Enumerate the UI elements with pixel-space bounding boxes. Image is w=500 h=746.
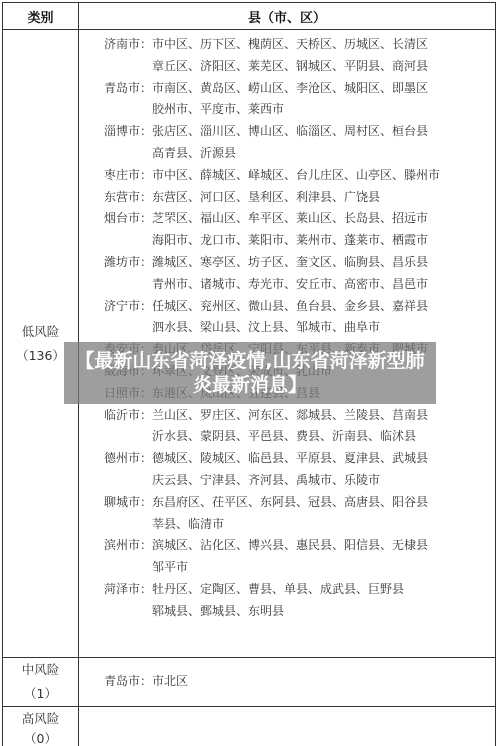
district-list: 高青县、沂源县 bbox=[152, 143, 495, 165]
category-count: （0） bbox=[3, 729, 78, 746]
category-label: 中风险 bbox=[3, 658, 78, 682]
city-entry: 章丘区、济阳区、莱芜区、钢城区、平阴县、商河县 bbox=[79, 56, 495, 78]
city-name: 青岛市： bbox=[79, 78, 152, 100]
city-name bbox=[79, 143, 152, 165]
category-cell-medium-risk: 中风险 （1） bbox=[3, 658, 79, 707]
city-entry: 聊城市：东昌府区、茌平区、东阿县、冠县、高唐县、阳谷县 bbox=[79, 492, 495, 514]
city-name bbox=[79, 99, 152, 121]
city-entry: 济南市：市中区、历下区、槐荫区、天桥区、历城区、长清区 bbox=[79, 34, 495, 56]
header-areas: 县（市、区） bbox=[79, 3, 496, 30]
city-entry: 济宁市：任城区、兖州区、微山县、鱼台县、金乡县、嘉祥县 bbox=[79, 296, 495, 318]
table-row-medium-risk: 中风险 （1） 青岛市： 市北区 bbox=[3, 658, 496, 707]
district-list: 邹平市 bbox=[152, 557, 495, 579]
district-list: 芝罘区、福山区、牟平区、莱山区、长岛县、招远市 bbox=[152, 208, 495, 230]
city-entry: 青岛市： 市北区 bbox=[79, 671, 495, 693]
district-list: 郓城县、鄄城县、东明县 bbox=[152, 601, 495, 623]
category-label: 低风险 bbox=[3, 320, 78, 344]
district-list: 市北区 bbox=[152, 671, 495, 693]
district-list: 东营区、河口区、垦利区、利津县、广饶县 bbox=[152, 187, 495, 209]
city-name: 滨州市： bbox=[79, 535, 152, 557]
city-name bbox=[79, 601, 152, 623]
category-cell-high-risk: 高风险 （0） bbox=[3, 707, 79, 746]
district-list: 青州市、诸城市、寿光市、安丘市、高密市、昌邑市 bbox=[152, 274, 495, 296]
city-name: 烟台市： bbox=[79, 208, 152, 230]
city-entry: 庆云县、宁津县、齐河县、禹城市、乐陵市 bbox=[79, 470, 495, 492]
city-entry: 胶州市、平度市、莱西市 bbox=[79, 99, 495, 121]
city-name bbox=[79, 56, 152, 78]
district-list: 市中区、历下区、槐荫区、天桥区、历城区、长清区 bbox=[152, 34, 495, 56]
city-entry: 泗水县、梁山县、汶上县、邹城市、曲阜市 bbox=[79, 317, 495, 339]
header-category: 类别 bbox=[3, 3, 79, 30]
district-list: 张店区、淄川区、博山区、临淄区、周村区、桓台县 bbox=[152, 121, 495, 143]
city-name: 枣庄市： bbox=[79, 165, 152, 187]
city-entry: 邹平市 bbox=[79, 557, 495, 579]
city-entry: 潍坊市：潍城区、寒亭区、坊子区、奎文区、临朐县、昌乐县 bbox=[79, 252, 495, 274]
city-entry: 菏泽市：牡丹区、定陶区、曹县、单县、成武县、巨野县 bbox=[79, 579, 495, 601]
district-list: 章丘区、济阳区、莱芜区、钢城区、平阴县、商河县 bbox=[152, 56, 495, 78]
district-list: 潍城区、寒亭区、坊子区、奎文区、临朐县、昌乐县 bbox=[152, 252, 495, 274]
city-entry: 德州市：德城区、陵城区、临邑县、平原县、夏津县、武城县 bbox=[79, 448, 495, 470]
district-list: 任城区、兖州区、微山县、鱼台县、金乡县、嘉祥县 bbox=[152, 296, 495, 318]
city-entry: 东营市：东营区、河口区、垦利区、利津县、广饶县 bbox=[79, 187, 495, 209]
city-entry: 青岛市：市南区、黄岛区、崂山区、李沧区、城阳区、即墨区 bbox=[79, 78, 495, 100]
news-title: 【最新山东省菏泽疫情,山东省菏泽新型肺炎最新消息】 bbox=[70, 349, 430, 397]
district-list: 东昌府区、茌平区、东阿县、冠县、高唐县、阳谷县 bbox=[152, 492, 495, 514]
city-name: 聊城市： bbox=[79, 492, 152, 514]
city-name bbox=[79, 274, 152, 296]
areas-cell-medium-risk: 青岛市： 市北区 bbox=[79, 658, 496, 707]
district-list: 德城区、陵城区、临邑县、平原县、夏津县、武城县 bbox=[152, 448, 495, 470]
city-name: 济南市： bbox=[79, 34, 152, 56]
city-entry: 滨州市：滨城区、沾化区、博兴县、惠民县、阳信县、无棣县 bbox=[79, 535, 495, 557]
district-list: 兰山区、罗庄区、河东区、郯城县、兰陵县、莒南县 bbox=[152, 405, 495, 427]
city-entry: 临沂市：兰山区、罗庄区、河东区、郯城县、兰陵县、莒南县 bbox=[79, 405, 495, 427]
table-row-high-risk: 高风险 （0） bbox=[3, 707, 496, 746]
district-list: 沂水县、蒙阴县、平邑县、费县、沂南县、临沭县 bbox=[152, 426, 495, 448]
district-list: 滨城区、沾化区、博兴县、惠民县、阳信县、无棣县 bbox=[152, 535, 495, 557]
district-list: 海阳市、龙口市、莱阳市、莱州市、蓬莱市、栖霞市 bbox=[152, 230, 495, 252]
city-name bbox=[79, 514, 152, 536]
district-list: 市中区、薛城区、峄城区、台儿庄区、山亭区、滕州市 bbox=[152, 165, 495, 187]
district-list: 牡丹区、定陶区、曹县、单县、成武县、巨野县 bbox=[152, 579, 495, 601]
city-name: 东营市： bbox=[79, 187, 152, 209]
city-name: 潍坊市： bbox=[79, 252, 152, 274]
city-name bbox=[79, 426, 152, 448]
city-entry: 莘县、临清市 bbox=[79, 514, 495, 536]
city-entry: 沂水县、蒙阴县、平邑县、费县、沂南县、临沭县 bbox=[79, 426, 495, 448]
city-name bbox=[79, 230, 152, 252]
city-name: 临沂市： bbox=[79, 405, 152, 427]
district-list: 泗水县、梁山县、汶上县、邹城市、曲阜市 bbox=[152, 317, 495, 339]
district-list: 庆云县、宁津县、齐河县、禹城市、乐陵市 bbox=[152, 470, 495, 492]
city-entry: 淄博市：张店区、淄川区、博山区、临淄区、周村区、桓台县 bbox=[79, 121, 495, 143]
city-name bbox=[79, 557, 152, 579]
district-list: 胶州市、平度市、莱西市 bbox=[152, 99, 495, 121]
category-label: 高风险 bbox=[3, 709, 78, 729]
table-header-row: 类别 县（市、区） bbox=[3, 3, 496, 30]
city-entry: 郓城县、鄄城县、东明县 bbox=[79, 601, 495, 623]
district-list: 莘县、临清市 bbox=[152, 514, 495, 536]
city-name: 青岛市： bbox=[79, 671, 152, 693]
city-name: 菏泽市： bbox=[79, 579, 152, 601]
district-list: 市南区、黄岛区、崂山区、李沧区、城阳区、即墨区 bbox=[152, 78, 495, 100]
city-entry: 枣庄市：市中区、薛城区、峄城区、台儿庄区、山亭区、滕州市 bbox=[79, 165, 495, 187]
city-entry: 青州市、诸城市、寿光市、安丘市、高密市、昌邑市 bbox=[79, 274, 495, 296]
city-name bbox=[79, 470, 152, 492]
city-entry: 高青县、沂源县 bbox=[79, 143, 495, 165]
city-name: 济宁市： bbox=[79, 296, 152, 318]
city-entry: 烟台市：芝罘区、福山区、牟平区、莱山区、长岛县、招远市 bbox=[79, 208, 495, 230]
areas-cell-high-risk bbox=[79, 707, 496, 746]
category-count: （1） bbox=[3, 682, 78, 706]
city-name: 德州市： bbox=[79, 448, 152, 470]
city-name: 淄博市： bbox=[79, 121, 152, 143]
city-name bbox=[79, 317, 152, 339]
news-title-overlay: 【最新山东省菏泽疫情,山东省菏泽新型肺炎最新消息】 bbox=[64, 342, 436, 404]
city-entry: 海阳市、龙口市、莱阳市、莱州市、蓬莱市、栖霞市 bbox=[79, 230, 495, 252]
